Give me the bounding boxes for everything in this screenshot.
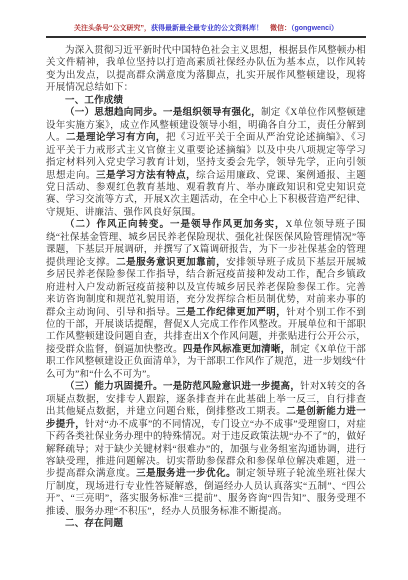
para2-bold-1: （二）作风正向转变。一是领导作风更加务实，: [65, 220, 285, 230]
para2-bold-2: 二是服务意识更加靠前，: [116, 258, 226, 268]
paragraph-achievements-1: （一）思想趋向同步。一是组织领导有强化，制定《X单位作风整顿建设年实施方案》，成…: [46, 107, 366, 219]
para1-bold-3: 三是学习方法有特点，: [96, 171, 196, 181]
section-2-heading: 二、存在问题: [46, 518, 366, 530]
para1-bold-1: （一）思想趋向同步。一是组织领导有强化，: [65, 108, 261, 118]
intro-text: 为深入贯彻习近平新时代中国特色社会主义思想，根据县作风整顿办相关文件精神，我单位…: [46, 46, 366, 93]
document-page: 关注头条号“公文研究”，获得最新最全最专业的公文资料库！ 微信：（gongwen…: [0, 0, 408, 580]
watermark-text-blue-1: 获得最新最全最专业的公文资料库！: [151, 25, 263, 32]
document-body: 为深入贯彻习近平新时代中国特色社会主义思想，根据县作风整顿办相关文件精神，我单位…: [46, 45, 366, 531]
section-2-heading-text: 二、存在问题: [65, 519, 123, 529]
watermark-text-red-1: 关注头条号“公文研究”，: [74, 25, 151, 32]
para3-bold-3: 三是服务进一步优化。: [136, 469, 236, 479]
para3-bold-1: （三）能力巩固提升。一是防范风险意识进一步提高，: [65, 382, 300, 392]
section-1-heading: 一、工作成绩: [46, 95, 366, 107]
paragraph-achievements-3: （三）能力巩固提升。一是防范风险意识进一步提高，针对X转交的各项疑点数据，安排专…: [46, 381, 366, 518]
header-divider-line: [46, 36, 366, 38]
intro-paragraph: 为深入贯彻习近平新时代中国特色社会主义思想，根据县作风整顿办相关文件精神，我单位…: [46, 45, 366, 95]
para2-bold-4: 四是作风标准更加清晰，: [183, 345, 291, 355]
para1-bold-2: 二是理论学习有方向，: [66, 133, 166, 143]
section-1-heading-text: 一、工作成绩: [65, 96, 123, 106]
header-watermark: 关注头条号“公文研究”，获得最新最全最专业的公文资料库！ 微信：（gongwen…: [44, 24, 368, 33]
para2-bold-3: 三是工作纪律更加严明，: [176, 308, 286, 318]
paragraph-achievements-2: （二）作风正向转变。一是领导作风更加务实，X单位领导班子围绕“社保基金管理、城乡…: [46, 219, 366, 381]
watermark-text-red-2: 微信：: [263, 25, 291, 32]
watermark-text-blue-2: （gongwenci）: [291, 25, 338, 32]
